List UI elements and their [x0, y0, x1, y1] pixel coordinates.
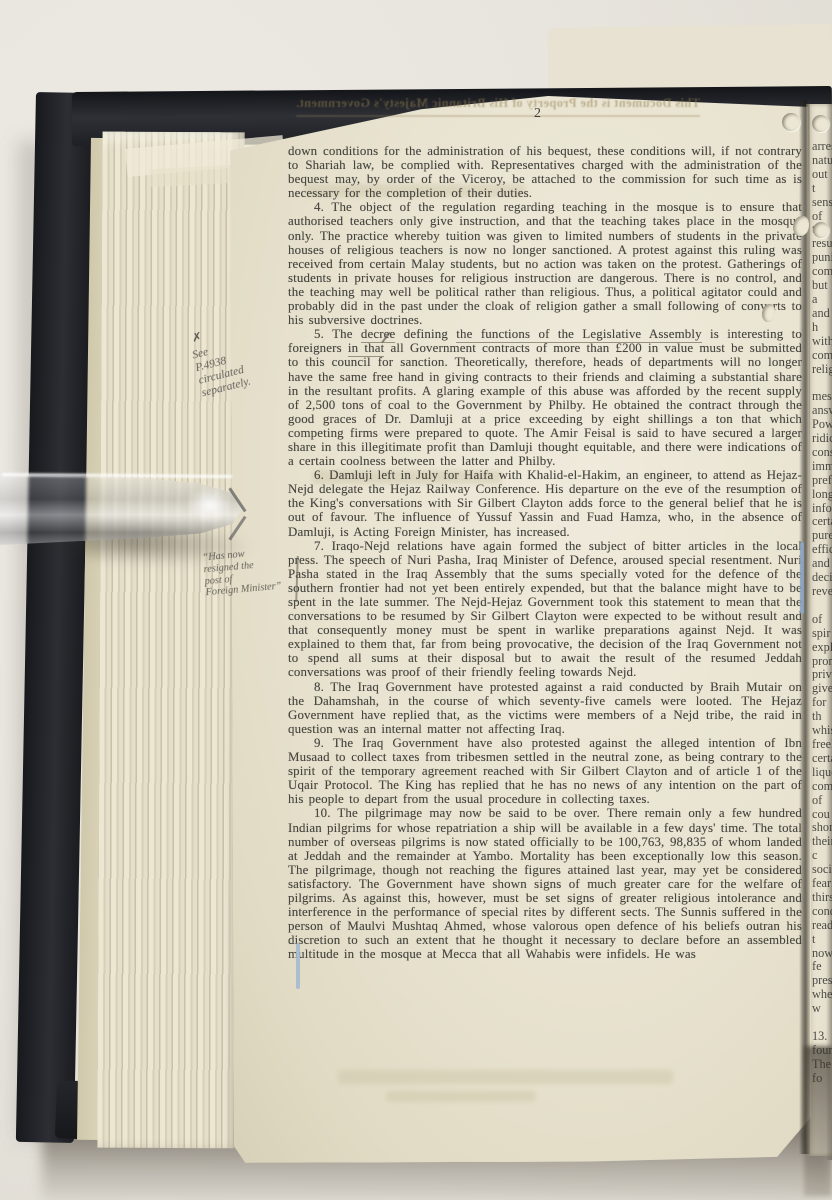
- paragraph-7: 7. Iraqo-Nejd relations have again forme…: [288, 539, 802, 680]
- punch-hole: [812, 115, 829, 132]
- paragraph-continuation: down conditions for the administration o…: [288, 144, 802, 200]
- paragraph-10: 10. The pilgrimage may now be said to be…: [288, 806, 802, 961]
- ink-bleedthrough: [338, 1070, 673, 1084]
- bleedthrough-ownership-stamp: This Document is the Property of His Bri…: [296, 96, 700, 117]
- paragraph-9: 9. The Iraq Government have also protest…: [288, 736, 802, 806]
- paragraph-8: 8. The Iraq Government have protested ag…: [288, 680, 802, 736]
- blue-pencil-line-right: [800, 542, 804, 614]
- paragraph-4: 4. The object of the regulation regardin…: [288, 200, 802, 327]
- punch-hole: [813, 222, 829, 238]
- page-number: 2: [534, 106, 541, 122]
- blue-pencil-line-left: [296, 943, 300, 989]
- bottom-right-shadow: [804, 1046, 832, 1196]
- photographed-book-page: arres natur out t sensib of th result pu…: [0, 0, 832, 1200]
- page-stack-fore-edges: [97, 132, 244, 1149]
- ink-bleedthrough: [386, 1091, 536, 1102]
- paragraph-5: 5. The decree defining the functions of …: [288, 327, 802, 468]
- paragraph-6: 6. Damluji left in July for Haifa with K…: [288, 468, 802, 538]
- right-edge-shadow: [826, 92, 832, 1160]
- punch-hole: [782, 113, 800, 131]
- glass-page-weight[interactable]: [0, 458, 262, 580]
- document-text: down conditions for the administration o…: [288, 144, 802, 961]
- glass-weight-glint: [186, 486, 234, 524]
